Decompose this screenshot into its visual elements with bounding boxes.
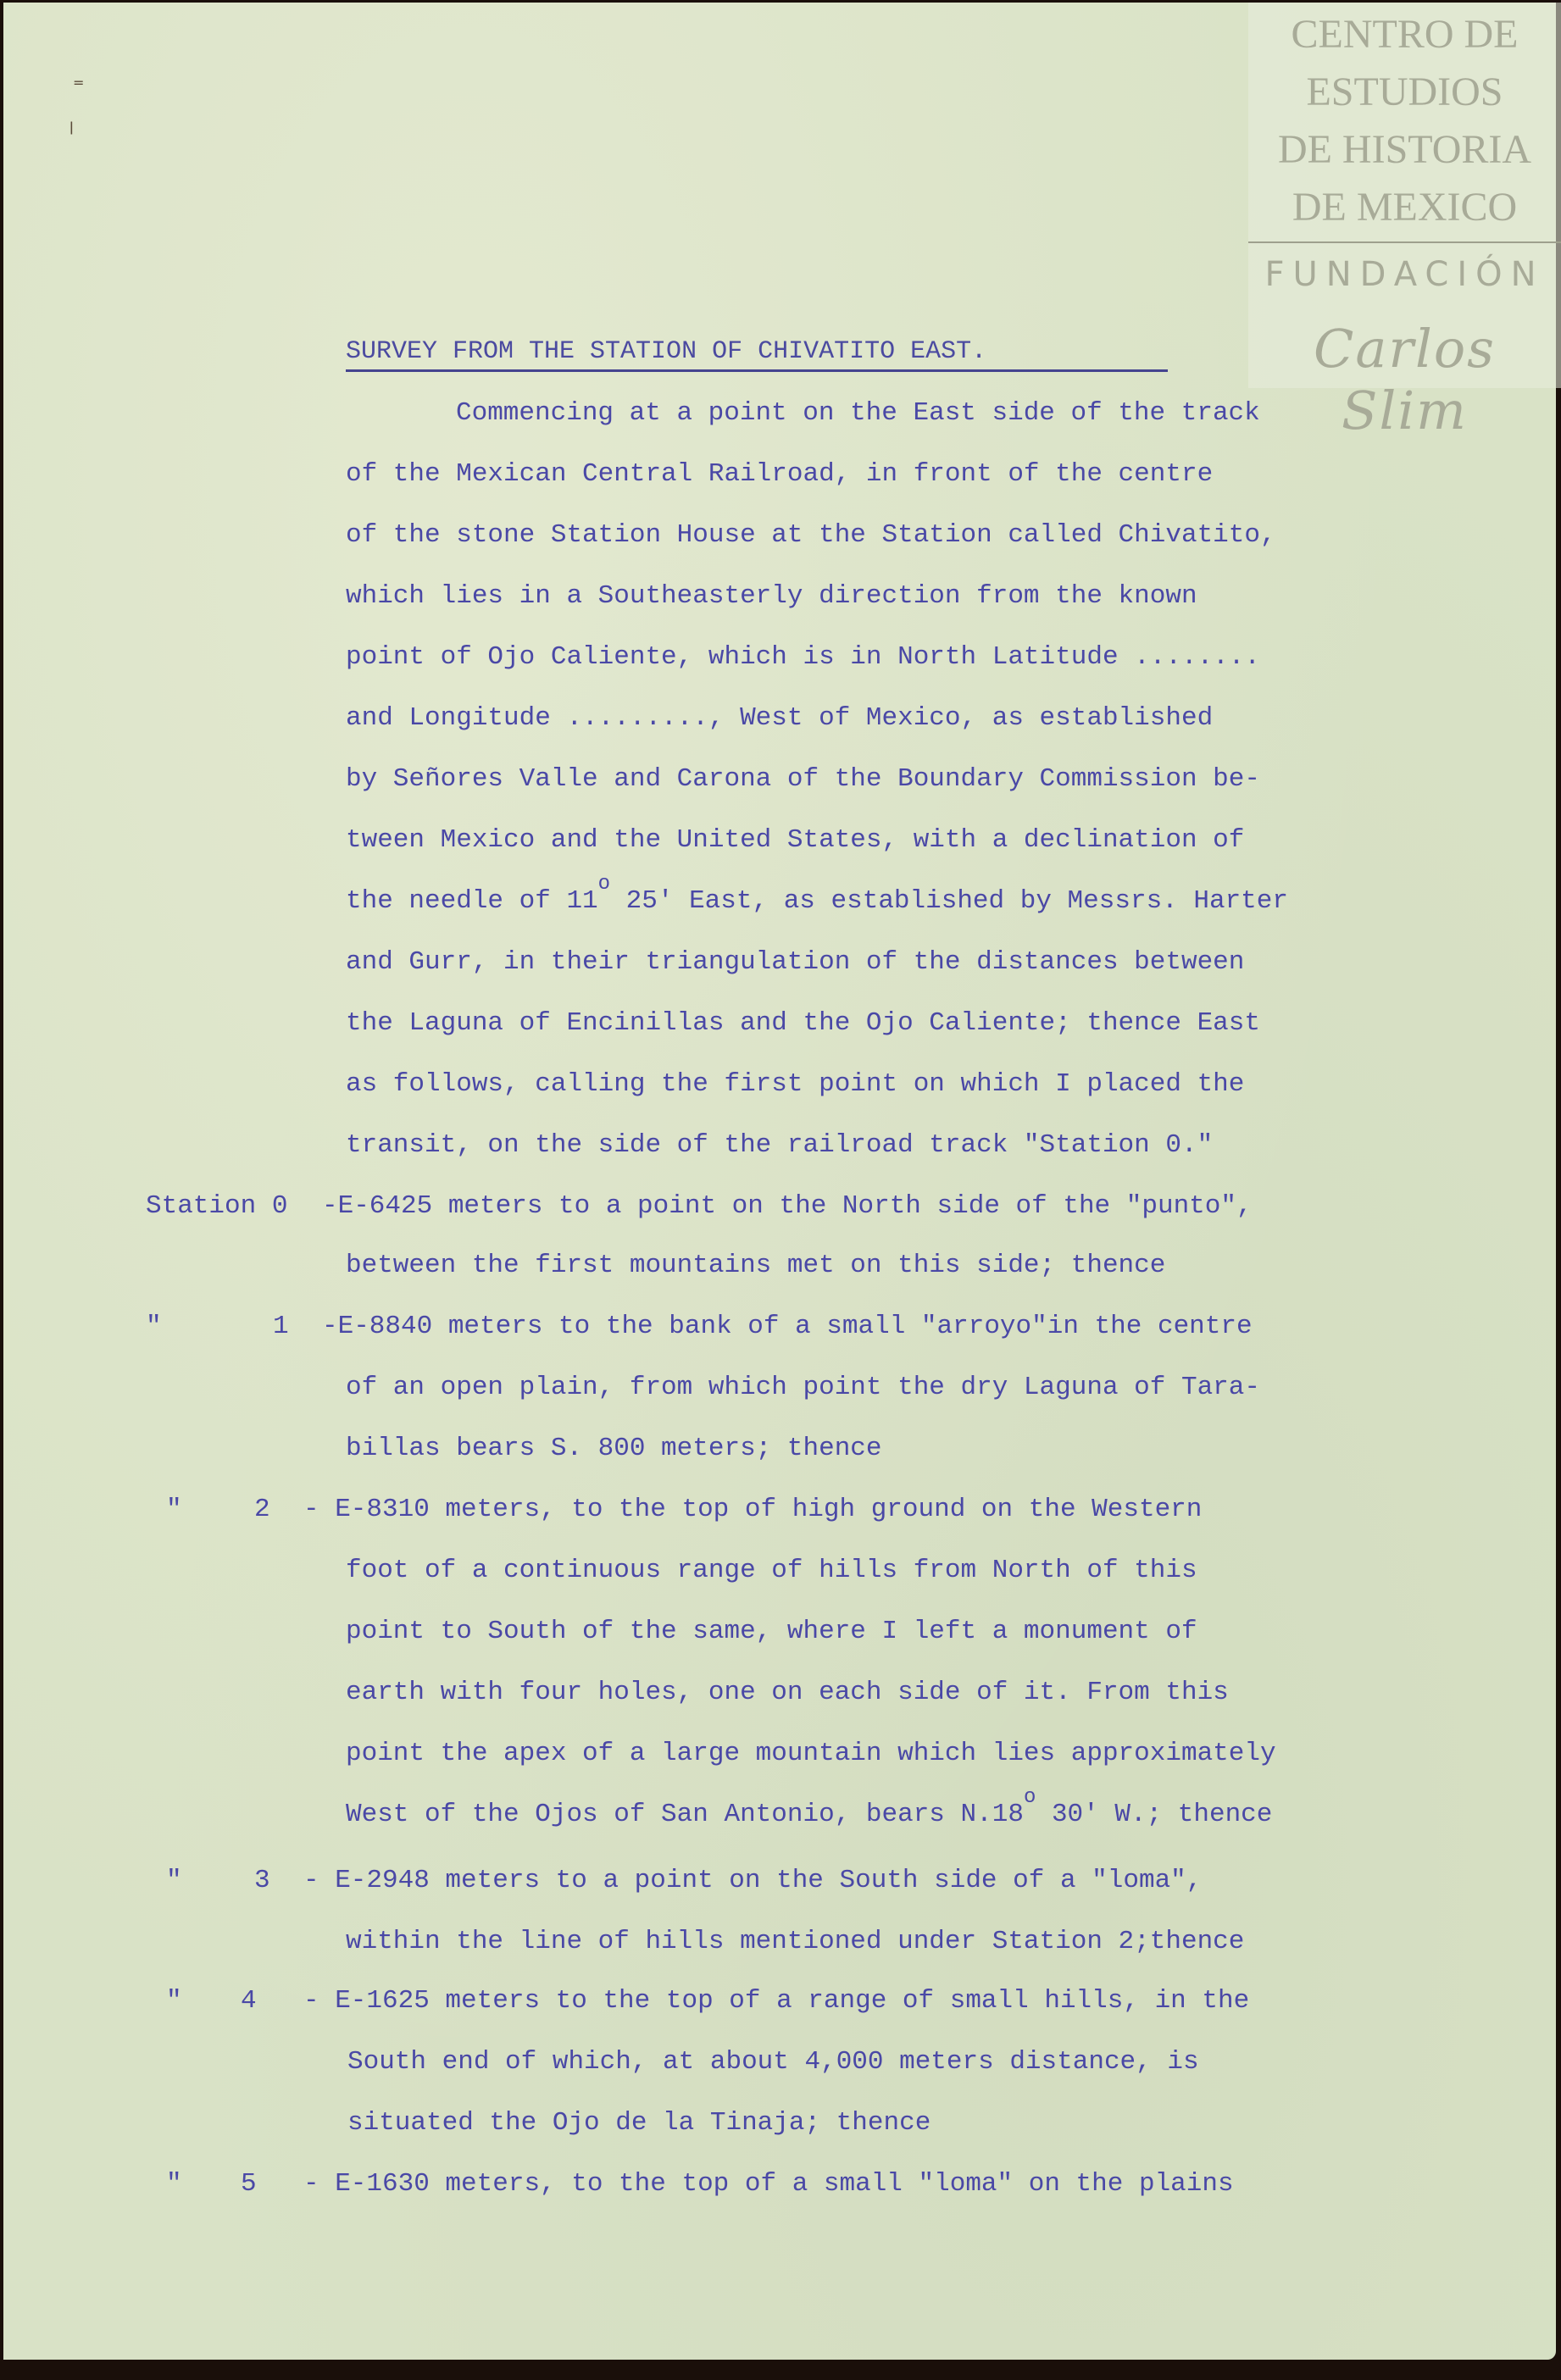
station-4-line: situated the Ojo de la Tinaja; thence — [347, 2106, 930, 2140]
bearing-text-after: 30' W.; thence — [1036, 1800, 1272, 1829]
title-underline — [346, 369, 1168, 372]
station-0-line: between the first mountains met on this … — [346, 1249, 1165, 1283]
station-2-line: point the apex of a large mountain which… — [346, 1737, 1276, 1771]
declination-line: the needle of 11o 25' East, as establish… — [346, 885, 1288, 920]
station-4-line: South end of which, at about 4,000 meter… — [347, 2045, 1199, 2079]
bearing-line: West of the Ojos of San Antonio, bears N… — [346, 1798, 1272, 1834]
declination-text-after: 25' East, as established by Messrs. Hart… — [610, 886, 1288, 916]
watermark-line: CENTRO DE — [1248, 6, 1561, 64]
station-number-1: 1 — [273, 1310, 289, 1344]
declination-text-before: the needle of 11 — [346, 886, 598, 916]
intro-line: point of Ojo Caliente, which is in North… — [346, 641, 1260, 674]
station-2-line: earth with four holes, one on each side … — [346, 1676, 1229, 1710]
intro-line: transit, on the side of the railroad tra… — [346, 1129, 1213, 1162]
intro-line: of the Mexican Central Railroad, in fron… — [346, 458, 1213, 491]
degree-mark: o — [598, 873, 610, 896]
watermark-line: DE MEXICO — [1248, 179, 1561, 236]
station-3-line: - E-2948 meters to a point on the South … — [303, 1864, 1202, 1898]
intro-line: of the stone Station House at the Statio… — [346, 519, 1276, 552]
station-label-0: Station 0 — [146, 1190, 287, 1223]
intro-line: and Longitude ........., West of Mexico,… — [346, 702, 1213, 735]
station-1-line: -E-8840 meters to the bank of a small "a… — [322, 1310, 1253, 1344]
ditto-mark: " — [166, 1493, 182, 1527]
archive-watermark: CENTRO DE ESTUDIOS DE HISTORIA DE MEXICO… — [1248, 3, 1561, 388]
station-1-line: of an open plain, from which point the d… — [346, 1371, 1260, 1405]
margin-mark: = — [73, 75, 84, 91]
ditto-mark: " — [166, 1864, 182, 1898]
intro-line: and Gurr, in their triangulation of the … — [346, 946, 1244, 979]
watermark-divider — [1248, 241, 1561, 243]
intro-line: tween Mexico and the United States, with… — [346, 824, 1244, 857]
intro-line: by Señores Valle and Carona of the Bound… — [346, 763, 1260, 796]
station-5-line: - E-1630 meters, to the top of a small "… — [303, 2167, 1234, 2201]
degree-mark: o — [1024, 1786, 1036, 1809]
document-title: SURVEY FROM THE STATION OF CHIVATITO EAS… — [346, 337, 986, 366]
station-number-5: 5 — [241, 2167, 257, 2201]
station-number-3: 3 — [254, 1864, 270, 1898]
intro-line: as follows, calling the first point on w… — [346, 1068, 1244, 1101]
watermark-fundacion: FUNDACIÓN — [1248, 255, 1561, 294]
station-number-2: 2 — [254, 1493, 270, 1527]
bearing-text-before: West of the Ojos of San Antonio, bears N… — [346, 1800, 1024, 1829]
intro-line: Commencing at a point on the East side o… — [456, 397, 1260, 430]
watermark-signature: Carlos Slim — [1248, 318, 1561, 441]
watermark-line: ESTUDIOS — [1248, 64, 1561, 121]
station-2-line: foot of a continuous range of hills from… — [346, 1554, 1197, 1588]
station-1-line: billas bears S. 800 meters; thence — [346, 1432, 882, 1466]
ditto-mark: " — [146, 1310, 162, 1344]
ditto-mark: " — [166, 2167, 182, 2201]
station-0-line: -E-6425 meters to a point on the North s… — [322, 1190, 1253, 1223]
station-3-line: within the line of hills mentioned under… — [346, 1925, 1244, 1959]
watermark-line: DE HISTORIA — [1248, 121, 1561, 179]
intro-line: the Laguna of Encinillas and the Ojo Cal… — [346, 1007, 1260, 1040]
ditto-mark: " — [166, 1984, 182, 2018]
intro-line: which lies in a Southeasterly direction … — [346, 580, 1197, 613]
station-number-4: 4 — [241, 1984, 257, 2018]
margin-mark: ǀ — [69, 119, 74, 135]
station-4-line: - E-1625 meters to the top of a range of… — [303, 1984, 1249, 2018]
station-2-line: - E-8310 meters, to the top of high grou… — [303, 1493, 1202, 1527]
station-2-line: point to South of the same, where I left… — [346, 1615, 1197, 1649]
